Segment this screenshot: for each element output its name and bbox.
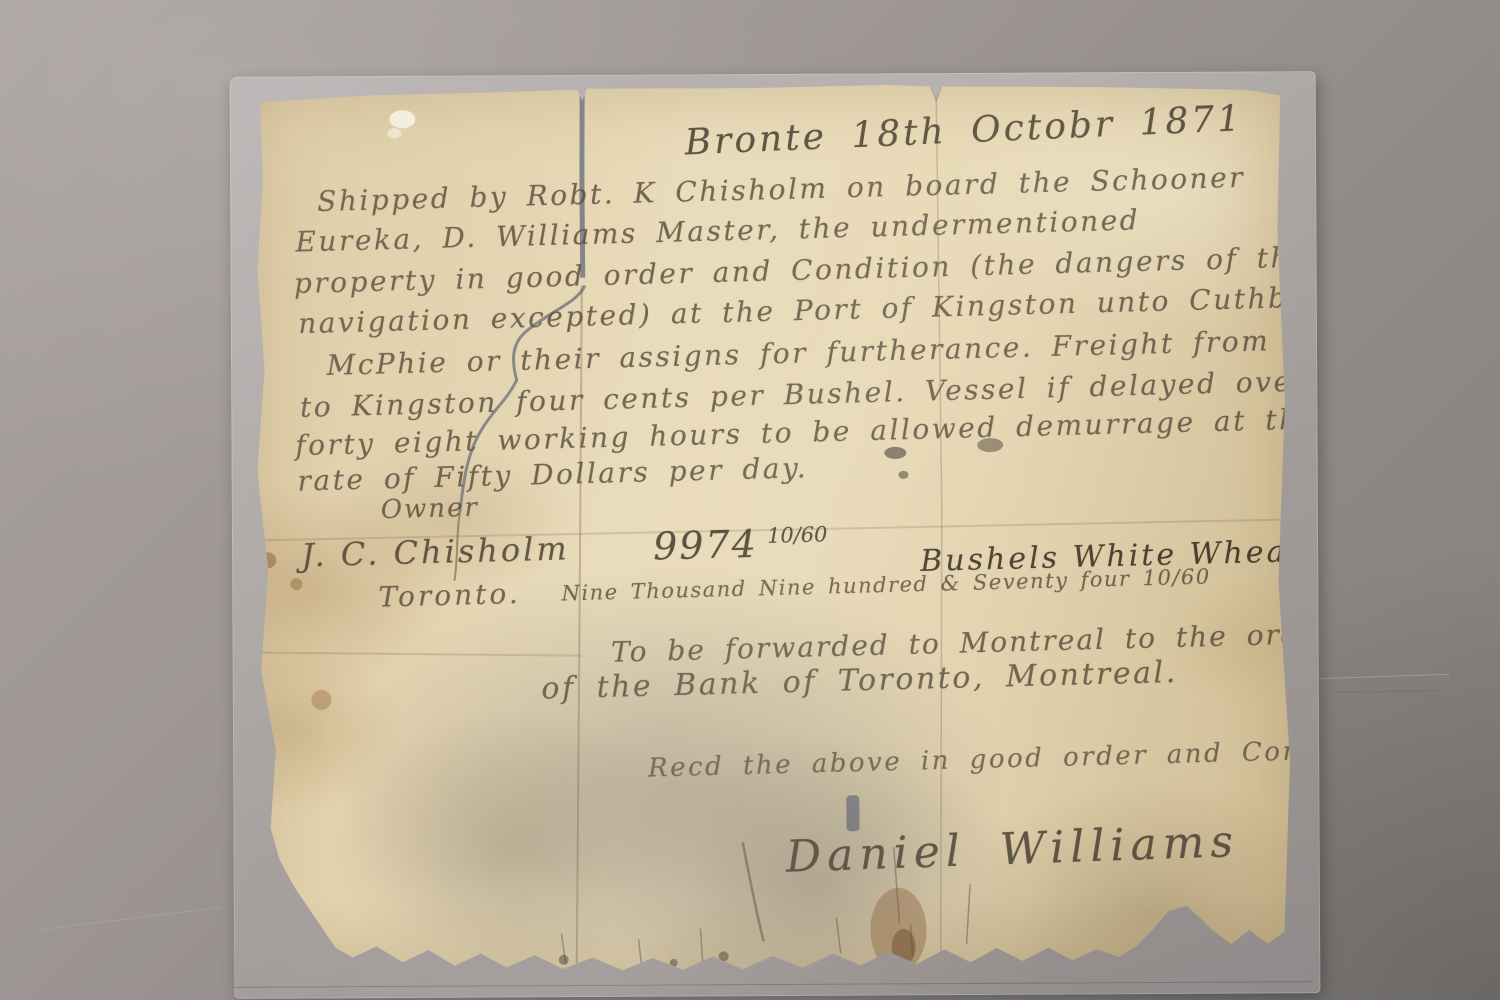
photograph-of-document: Bronte 18th Octobr 1871 Shipped by Robt.… <box>0 0 1500 1000</box>
surface-scratch <box>1332 690 1440 693</box>
document-paper: Bronte 18th Octobr 1871 Shipped by Robt.… <box>246 81 1296 987</box>
quantity-figure: 9974 10/60 <box>653 520 829 569</box>
surface-scratch <box>1318 674 1450 680</box>
quantity-number: 9974 <box>653 522 759 569</box>
surface-scratch <box>39 907 223 931</box>
owner-name: J. C. Chisholm <box>301 529 570 574</box>
owner-city: Toronto. <box>378 577 521 614</box>
quantity-fraction: 10/60 <box>767 522 828 548</box>
owner-label: Owner <box>380 493 479 526</box>
